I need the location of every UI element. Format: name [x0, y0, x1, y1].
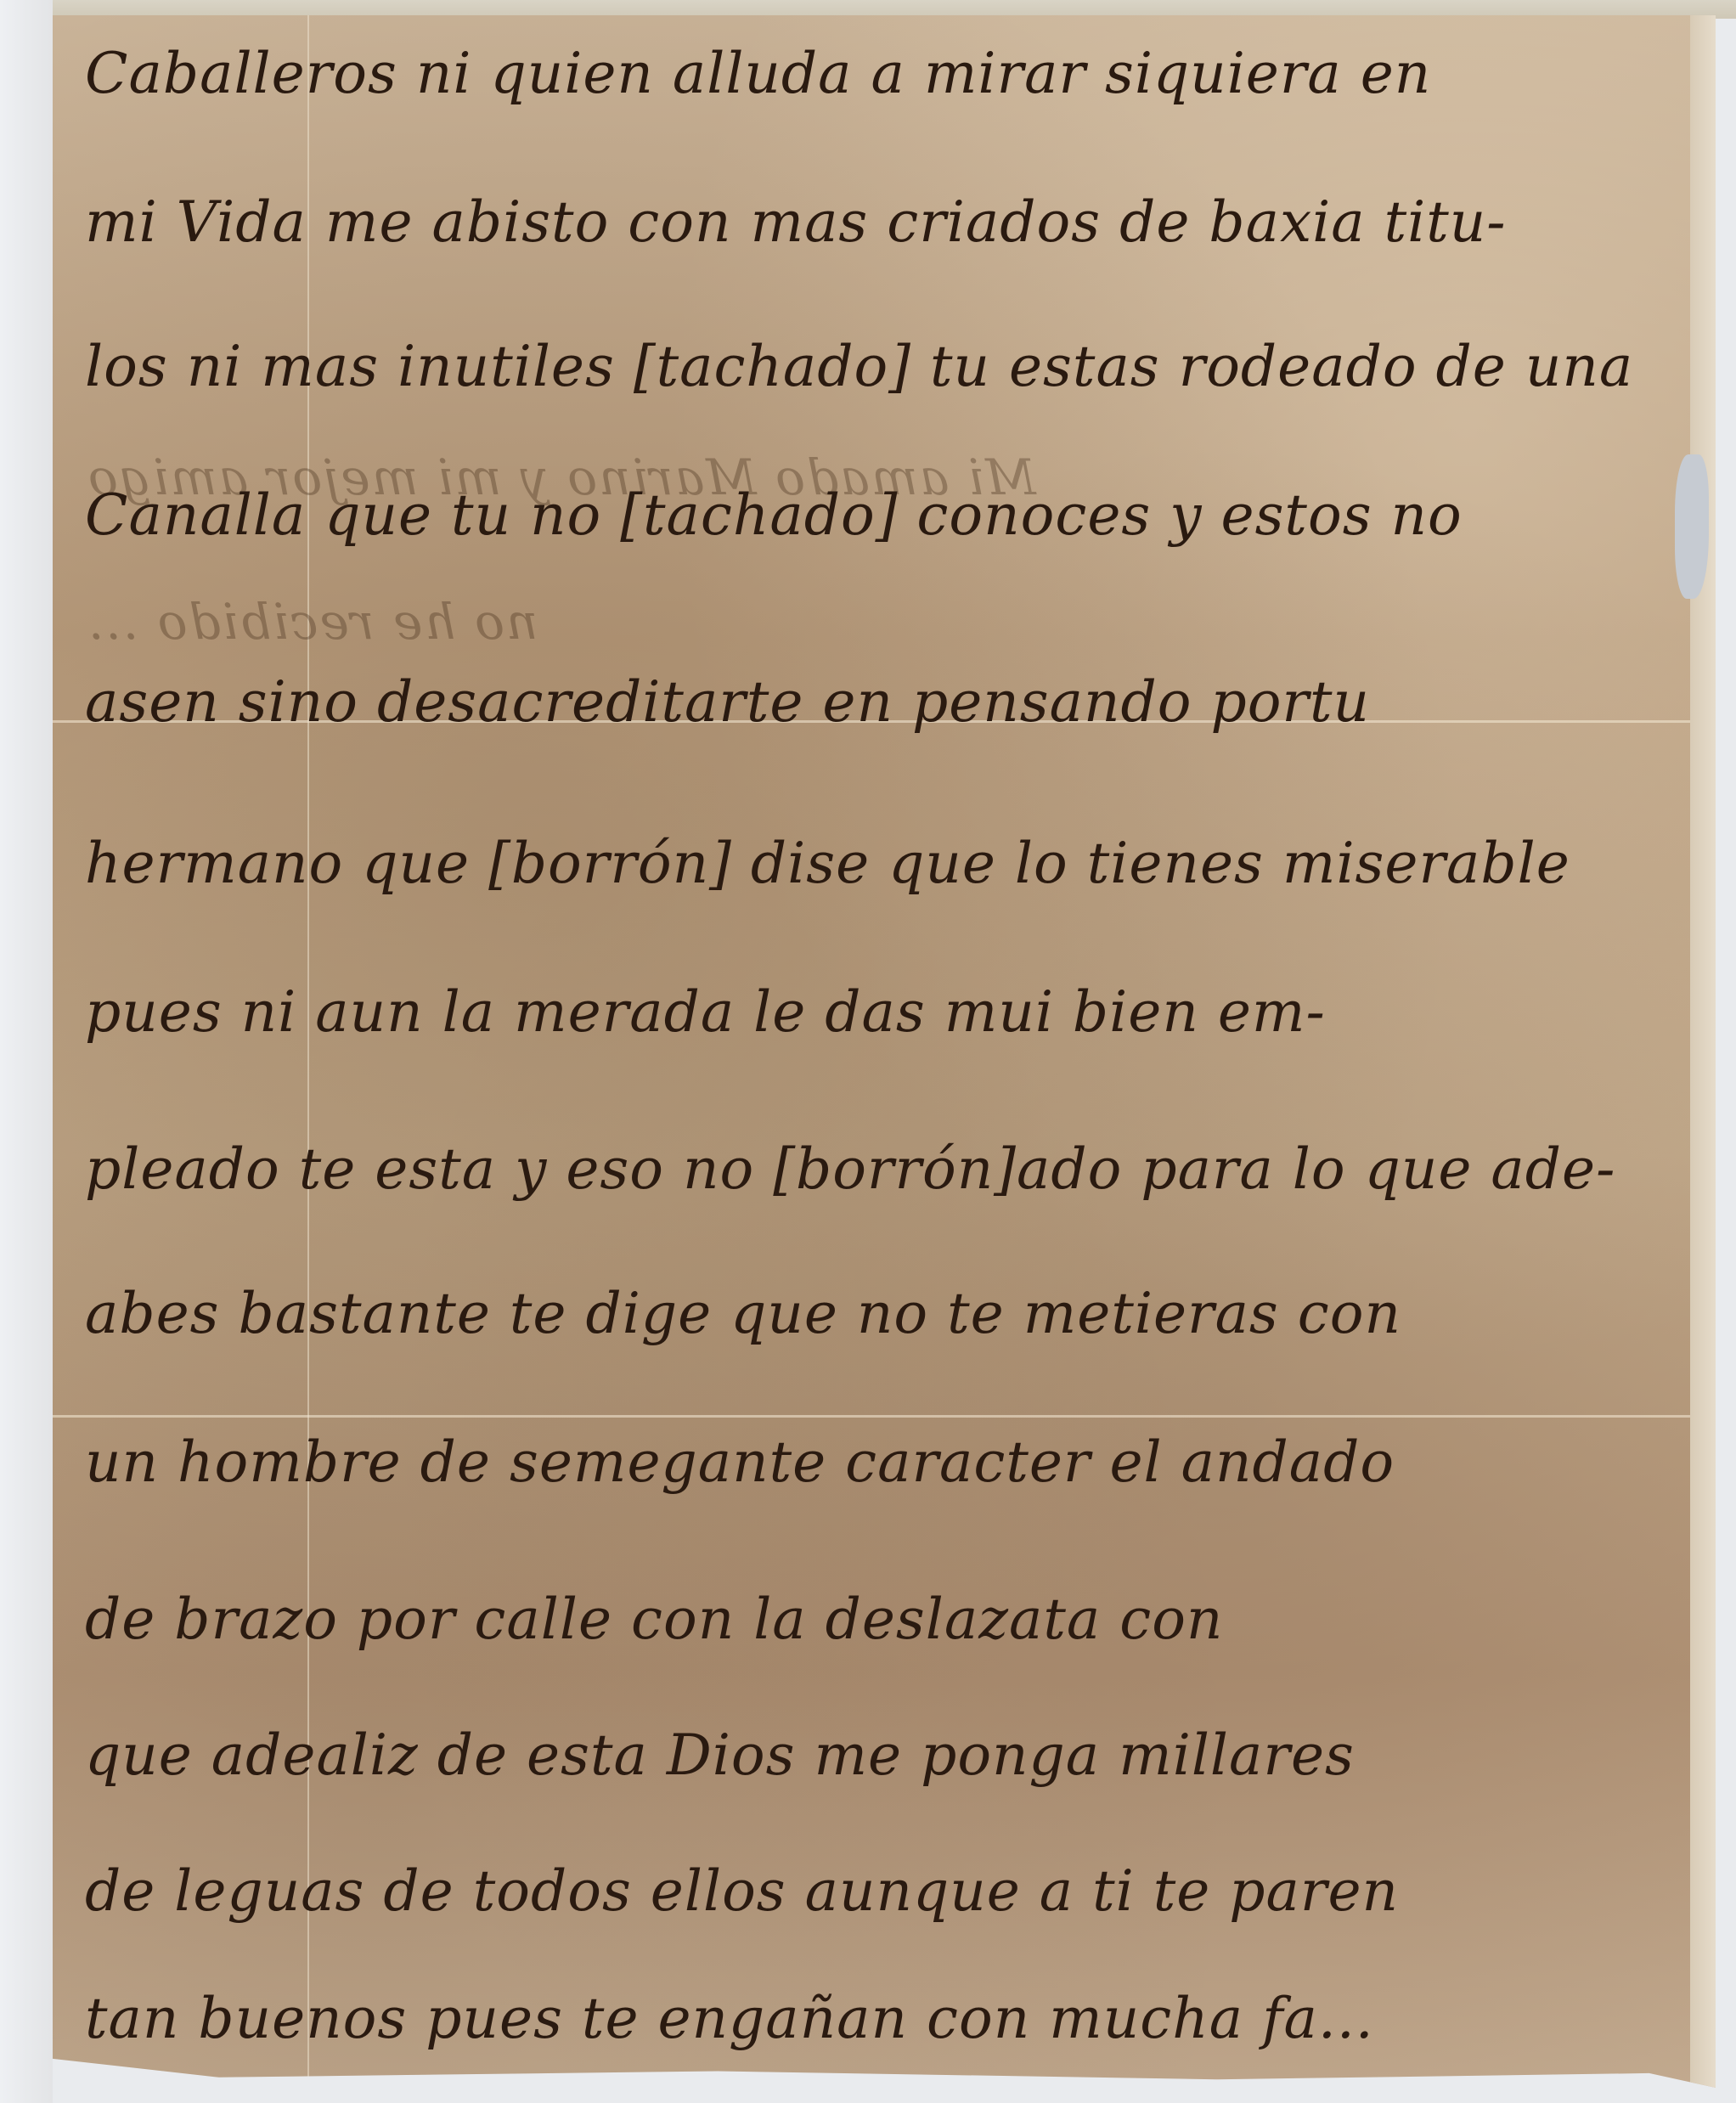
- handwritten-line: pleado te esta y eso no [borrón]ado para…: [85, 1136, 1699, 1202]
- fold-crease-horizontal: [53, 1415, 1716, 1418]
- handwritten-line: un hombre de semegante caracter el andad…: [85, 1429, 1699, 1495]
- handwritten-line: pues ni aun la merada le das mui bien em…: [85, 979, 1699, 1045]
- handwritten-line: Caballeros ni quien alluda a mirar siqui…: [85, 41, 1699, 106]
- photo-backdrop-left: [0, 0, 53, 2103]
- paper-tear: [1675, 454, 1709, 599]
- handwritten-line: asen sino desacreditarte en pensando por…: [85, 669, 1699, 735]
- handwritten-line: de brazo por calle con la deslazata con: [85, 1587, 1699, 1652]
- handwritten-line: tan buenos pues te engañan con mucha fa.…: [85, 1986, 1699, 2051]
- handwritten-line: que adealiz de esta Dios me ponga millar…: [85, 1722, 1699, 1788]
- handwritten-line: hermano que [borrón] dise que lo tienes …: [85, 831, 1699, 896]
- handwritten-line: abes bastante te dige que no te metieras…: [85, 1281, 1699, 1346]
- handwritten-line: los ni mas inutiles [tachado] tu estas r…: [85, 334, 1699, 399]
- handwritten-line: de leguas de todos ellos aunque a ti te …: [85, 1858, 1699, 1924]
- letter-page: Mi amado Marino y mi mejor amigo no he r…: [53, 15, 1716, 2088]
- bleed-through-text: no he recibido ...: [87, 593, 1683, 651]
- handwritten-line: Canalla que tu no [tachado] conoces y es…: [85, 482, 1699, 548]
- handwritten-line: mi Vida me abisto con mas criados de bax…: [85, 189, 1699, 255]
